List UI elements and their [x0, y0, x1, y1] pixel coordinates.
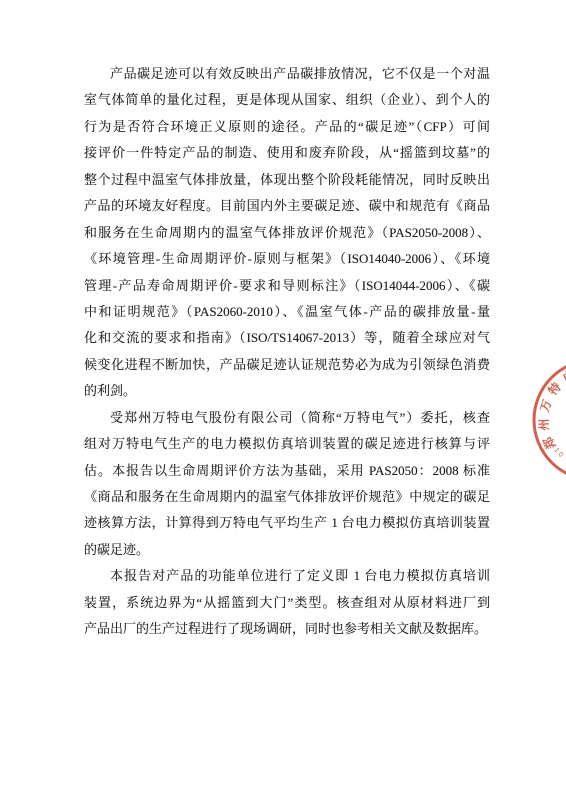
text-line: 候变化进程不断加快，产品碳足迹认证规范势必为成为引领绿色消费	[84, 352, 490, 378]
text-line: 组对万特电气生产的电力模拟仿真培训装置的碳足迹进行核算与评	[84, 431, 490, 457]
text-line: 产品的环境友好程度。目前国内外主要碳足迹、碳中和规范有《商品	[84, 193, 490, 219]
text-line: 管理-产品寿命周期评价-要求和导则标注》（ISO14044-2006）、《碳	[84, 273, 490, 299]
text-line: 室气体简单的量化过程，更是体现从国家、组织（企业）、到个人的	[84, 87, 490, 113]
company-seal: 郑州万特电气股份有限公司 410	[532, 354, 566, 484]
text-line: 产品出厂的生产过程进行了现场调研，同时也参考相关文献及数据库。	[84, 616, 490, 642]
text-line: 整个过程中温室气体排放量，体现出整个阶段耗能情况，同时反映出	[84, 167, 490, 193]
text-block: 产品碳足迹可以有效反映出产品碳排放情况，它不仅是一个对温室气体简单的量化过程，更…	[84, 61, 490, 643]
seal-company-text: 郑州万特电气股份有限公司	[532, 354, 566, 453]
text-line: 产品碳足迹可以有效反映出产品碳排放情况，它不仅是一个对温	[84, 61, 490, 87]
seal-border-circle	[534, 360, 566, 480]
text-line: 《商品和服务在生命周期内的温室气体排放评价规范》中规定的碳足	[84, 484, 490, 510]
text-line: 接评价一件特定产品的制造、使用和废弃阶段，从“摇篮到坟墓”的	[84, 140, 490, 166]
text-line: 的利剑。	[84, 378, 490, 404]
text-line: 行为是否符合环境正义原则的途径。产品的“碳足迹”（CFP）可间	[84, 114, 490, 140]
text-line: 本报告对产品的功能单位进行了定义即 1 台电力模拟仿真培训	[84, 563, 490, 589]
text-line: 迹核算方法，计算得到万特电气平均生产 1 台电力模拟仿真培训装置	[84, 510, 490, 536]
text-line: 的碳足迹。	[84, 537, 490, 563]
text-line: 装置，系统边界为“从摇篮到大门”类型。核查组对从原材料进厂到	[84, 590, 490, 616]
seal-code-text: 410	[549, 442, 566, 460]
text-line: 估。本报告以生命周期评价方法为基础，采用 PAS2050：2008 标准	[84, 458, 490, 484]
text-line: 化和交流的要求和指南》（ISO/TS14067-2013）等，随着全球应对气	[84, 325, 490, 351]
text-line: 《环境管理-生命周期评价-原则与框架》（ISO14040-2006）、《环境	[84, 246, 490, 272]
text-line: 和服务在生命周期内的温室气体排放评价规范》（PAS2050-2008）、	[84, 220, 490, 246]
text-line: 受郑州万特电气股份有限公司（简称“万特电气”）委托，核查	[84, 405, 490, 431]
seal-graphic: 郑州万特电气股份有限公司 410	[532, 354, 566, 484]
text-line: 中和证明规范》（PAS2060-2010）、《温室气体-产品的碳排放量-量	[84, 299, 490, 325]
document-page: 产品碳足迹可以有效反映出产品碳排放情况，它不仅是一个对温室气体简单的量化过程，更…	[0, 0, 566, 800]
